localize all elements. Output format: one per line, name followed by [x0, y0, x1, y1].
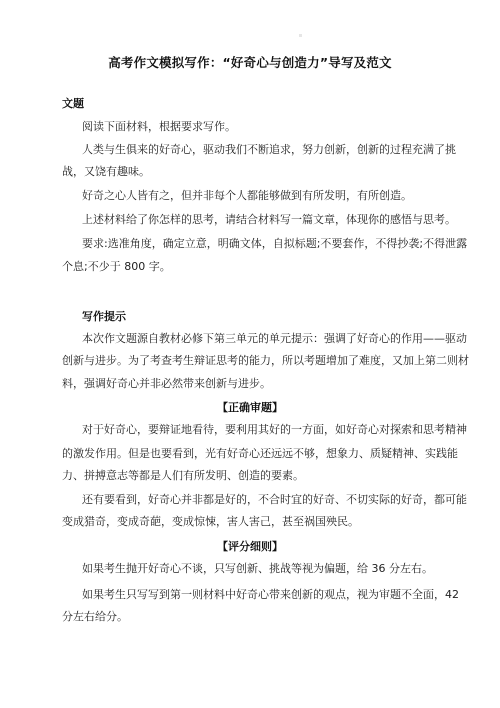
paragraph-line: 好奇之心人皆有之，但并非每个人都能够做到有所发明，有所创造。 — [82, 189, 452, 203]
paragraph-line: 还有要看到，好奇心并非都是好的，不合时宜的好奇、不切实际的好奇，都可能 — [82, 493, 452, 507]
paragraph-line: 上述材料给了你怎样的思考，请结合材料写一篇文章，体现你的感悟与思考。 — [82, 213, 452, 227]
paragraph-line: 阅读下面材料，根据要求写作。 — [82, 120, 452, 134]
paragraph-line: 要求:选准角度，确定立意，明确文体，自拟标题;不要套作，不得抄袭;不得泄露 — [82, 237, 452, 251]
paragraph-line: 对于好奇心，要辩证地看待，要利用其好的一方面，如好奇心对探索和思考精神 — [82, 423, 452, 437]
page-title: 高考作文模拟写作：“好奇心与创造力”导写及范文 — [0, 53, 500, 71]
paragraph-line: 力、拼搏意志等都是人们有所发明、创造的要素。 — [62, 469, 432, 483]
paragraph-line: 战，又饶有趣味。 — [62, 165, 432, 179]
scan-artifact — [299, 34, 302, 37]
section-heading-hints: 写作提示 — [82, 310, 452, 324]
paragraph-line: 的激发作用。但是也要看到，光有好奇心还远远不够，想象力、质疑精神、实践能 — [62, 447, 432, 461]
paragraph-line: 变成猎奇，变成奇葩，变成惊悚，害人害己，甚至祸国殃民。 — [62, 515, 432, 529]
paragraph-line: 如果考生抛开好奇心不谈，只写创新、挑战等视为偏题，给 36 分左右。 — [82, 562, 452, 576]
section-heading-analysis: 【正确审题】 — [0, 401, 500, 415]
document-page: 高考作文模拟写作：“好奇心与创造力”导写及范文 文题 阅读下面材料，根据要求写作… — [0, 0, 500, 708]
paragraph-line: 分左右给分。 — [62, 610, 432, 624]
paragraph-line: 本次作文题源自教材必修下第三单元的单元提示：强调了好奇心的作用——驱动 — [82, 332, 452, 346]
paragraph-line: 创新与进步。为了考查考生辩证思考的能力，所以考题增加了难度，又加上第二则材 — [62, 354, 432, 368]
section-heading-prompt: 文题 — [62, 97, 432, 111]
paragraph-line: 个息;不少于 800 字。 — [62, 260, 432, 274]
paragraph-line: 料，强调好奇心并非必然带来创新与进步。 — [62, 377, 432, 391]
section-heading-scoring: 【评分细则】 — [0, 540, 500, 554]
paragraph-line: 人类与生俱来的好奇心，驱动我们不断追求，努力创新，创新的过程充满了挑 — [82, 143, 452, 157]
paragraph-line: 如果考生只写写到第一则材料中好奇心带来创新的观点，视为审题不全面，42 — [82, 588, 452, 602]
